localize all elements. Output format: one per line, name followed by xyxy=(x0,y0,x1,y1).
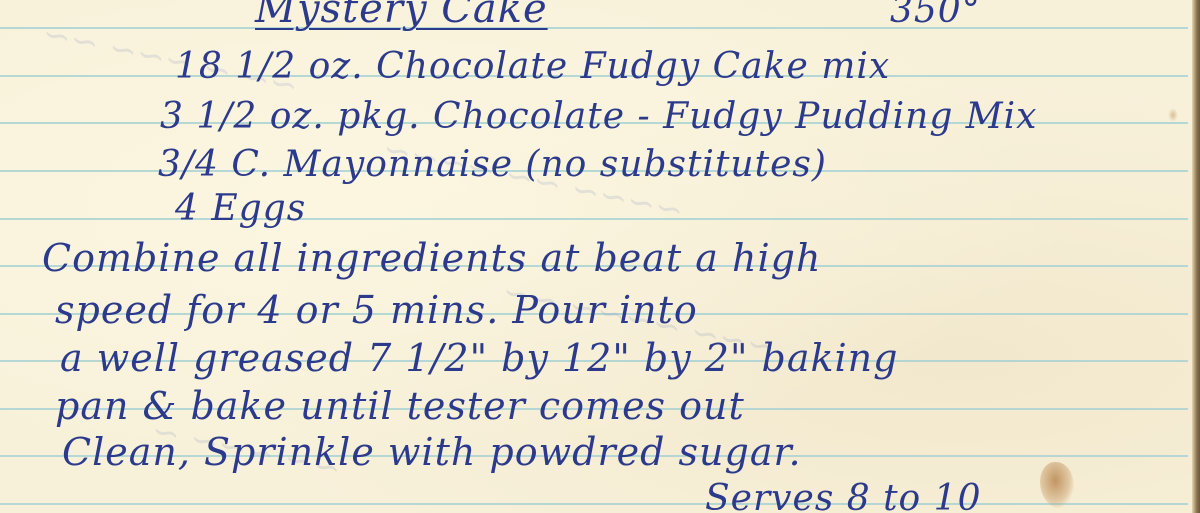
ingredient-line: 3/4 C. Mayonnaise (no substitutes) xyxy=(158,144,827,185)
instruction-line: a well greased 7 1/2" by 12" by 2" bakin… xyxy=(60,336,898,380)
instruction-line: Clean, Sprinkle with powdred sugar. xyxy=(62,430,802,474)
oven-temperature: 350° xyxy=(890,0,981,31)
serves-note: Serves 8 to 10 xyxy=(705,478,981,513)
recipe-page: ~~ ~ ~~~ ~~ ~~~~ ~~ ~~~~ ~~~ ~~~~ ~~ ~~ … xyxy=(0,0,1200,513)
food-stain xyxy=(1040,462,1074,508)
recipe-title: Mystery Cake xyxy=(255,0,548,32)
instruction-line: speed for 4 or 5 mins. Pour into xyxy=(55,288,698,332)
page-edge xyxy=(1192,0,1200,513)
instruction-line: Combine all ingredients at beat a high xyxy=(42,236,821,280)
ruled-line xyxy=(0,27,1188,29)
instruction-line: pan & bake until tester comes out xyxy=(55,384,745,428)
food-stain-small xyxy=(1168,108,1178,122)
ingredient-line: 4 Eggs xyxy=(175,188,306,229)
ingredient-line: 3 1/2 oz. pkg. Chocolate - Fudgy Pudding… xyxy=(160,96,1037,137)
ruled-line xyxy=(0,503,1188,505)
ingredient-line: 18 1/2 oz. Chocolate Fudgy Cake mix xyxy=(175,46,890,87)
